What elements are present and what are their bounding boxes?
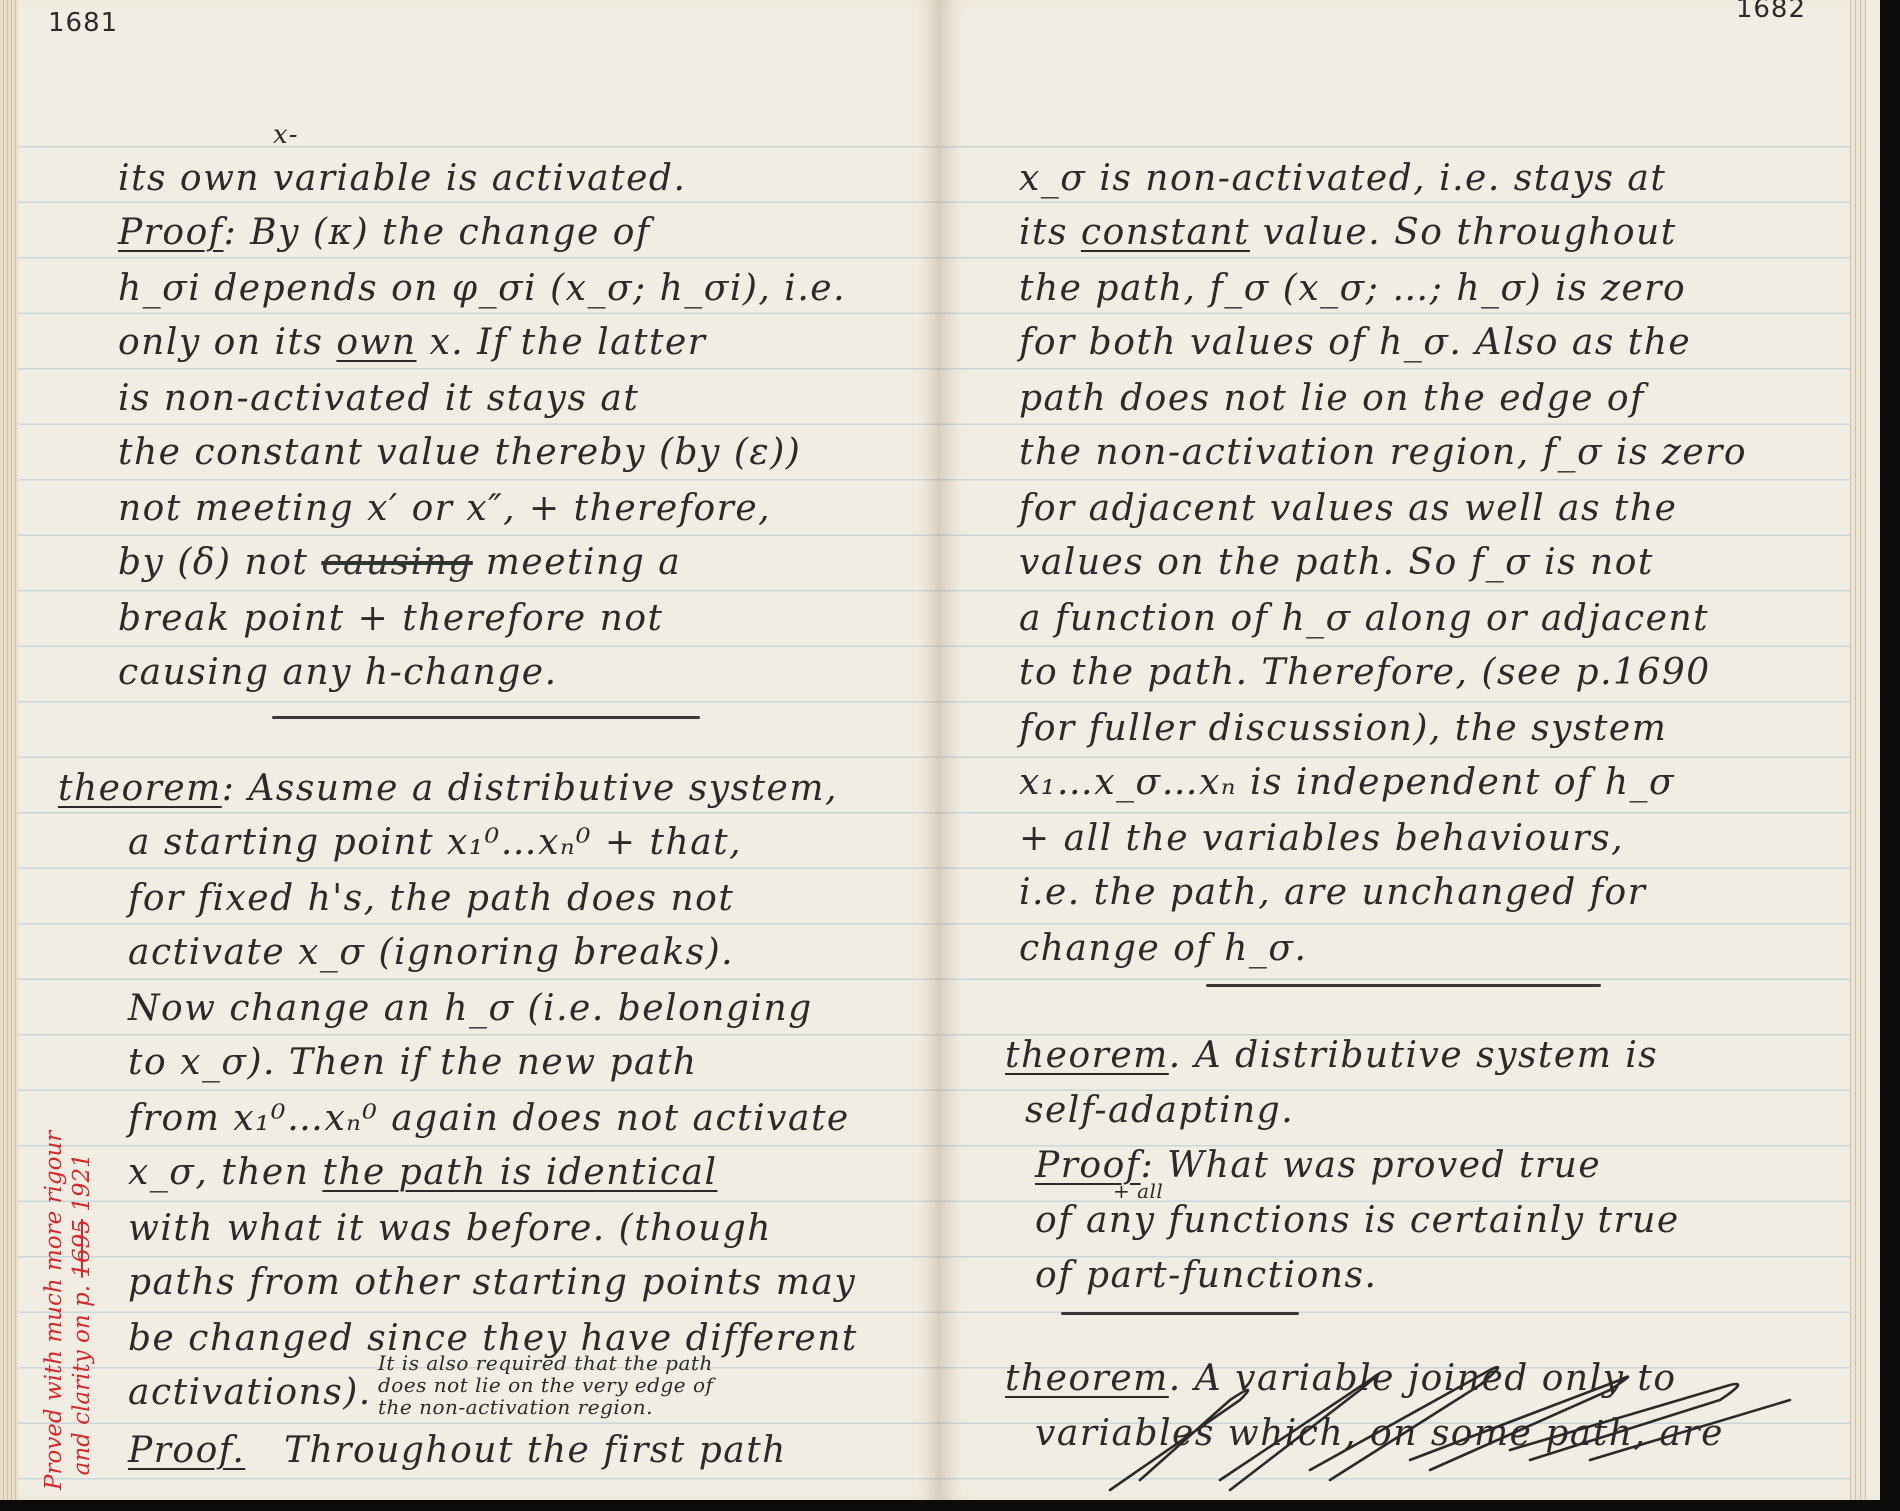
r-line-6: the non-activation region, f_σ is zero (1019, 432, 1747, 473)
theorem-1-line-2: a starting point x₁⁰…xₙ⁰ + that, (128, 822, 742, 863)
r-line-1: x_σ is non-activated, i.e. stays at (1019, 158, 1666, 199)
theorem-1-line-1: theorem: Assume a distributive system, (58, 768, 838, 809)
page-number-left: 1681 (48, 8, 118, 38)
theorem-3-line-2: variables which, on some path, are (1035, 1413, 1724, 1454)
theorem-3-line-1: theorem. A variable joined only to (1005, 1358, 1677, 1399)
r-line-14: i.e. the path, are unchanged for (1019, 872, 1646, 913)
theorem-1-line-8: x_σ, then the path is identical (128, 1152, 717, 1193)
r-line-4: for both values of h_σ. Also as the (1019, 322, 1691, 363)
theorem-2-line-2: self-adapting. (1025, 1090, 1294, 1131)
line-6: the constant value thereby (by (ε)) (118, 432, 801, 473)
theorem-1-line-4: activate x_σ (ignoring breaks). (128, 932, 734, 973)
theorem-1-line-3: for fixed h's, the path does not (128, 878, 734, 919)
line-3: h_σi depends on φ_σi (x_σ; h_σi), i.e. (118, 268, 846, 309)
theorem-2-line-5: of part-functions. (1035, 1255, 1377, 1296)
line-9: break point + therefore not (118, 598, 663, 639)
r-line-10: to the path. Therefore, (see p.1690 (1019, 652, 1711, 693)
theorem-2-line-1: theorem. A distributive system is (1005, 1035, 1658, 1076)
red-margin-annotation: Proved with much more rigour and clarity… (40, 1131, 96, 1490)
line-4: only on its own x. If the latter (118, 322, 707, 363)
r-line-12: x₁…x_σ…xₙ is independent of h_σ (1019, 762, 1675, 803)
line-7: not meeting x′ or x″, + therefore, (118, 488, 771, 529)
theorem-2-line-4: of any functions is certainly true (1035, 1200, 1680, 1241)
background-edge (0, 1500, 1900, 1511)
r-line-2: its constant value. So throughout (1019, 212, 1677, 253)
right-page: 1682 x_σ is non-activated, i.e. stays at… (941, 0, 1866, 1500)
struck-word: causing (321, 542, 473, 583)
background-edge (1880, 0, 1900, 1511)
line-8: by (δ) not causing meeting a (118, 542, 681, 583)
theorem-label: theorem (1005, 1035, 1169, 1076)
theorem-1-line-9: with what it was before. (though (128, 1208, 772, 1249)
insert-x: x- (273, 120, 299, 150)
page-edges (0, 0, 18, 1500)
r-line-5: path does not lie on the edge of (1019, 378, 1645, 419)
page-edges (1850, 0, 1866, 1500)
r-line-11: for fuller discussion), the system (1019, 708, 1667, 749)
left-page: 1681 its own x-variable is activated. Pr… (0, 0, 941, 1500)
notebook-spread: 1681 its own x-variable is activated. Pr… (0, 0, 1880, 1500)
r-line-13: + all the variables behaviours, (1019, 818, 1624, 859)
section-divider (272, 716, 700, 719)
line-1: its own x-variable is activated. (118, 158, 686, 199)
theorem-1-line-7: from x₁⁰…xₙ⁰ again does not activate (128, 1098, 850, 1139)
theorem-1-line-10: paths from other starting points may (128, 1262, 856, 1303)
page-number-right: 1682 (1736, 0, 1806, 24)
section-divider (1206, 984, 1601, 987)
proof-line: Proof. Throughout the first path (128, 1430, 787, 1471)
theorem-1-line-12: activations). (128, 1372, 372, 1413)
inserted-note: It is also required that the path does n… (378, 1352, 713, 1418)
r-line-3: the path, f_σ (x_σ; …; h_σ) is zero (1019, 268, 1686, 309)
proof-label: Proof. (128, 1430, 245, 1471)
theorem-label: theorem (1005, 1358, 1169, 1399)
insert-all: + all (1113, 1180, 1163, 1202)
r-line-9: a function of h_σ along or adjacent (1019, 598, 1709, 639)
proof-label: Proof (118, 212, 224, 253)
theorem-1-line-5: Now change an h_σ (i.e. belonging (128, 988, 813, 1029)
line-10: causing any h-change. (118, 652, 558, 693)
r-line-8: values on the path. So f_σ is not (1019, 542, 1654, 583)
line-2: Proof: By (κ) the change of (118, 212, 651, 253)
section-divider (1061, 1312, 1299, 1315)
theorem-label: theorem (58, 768, 222, 809)
line-5: is non-activated it stays at (118, 378, 639, 419)
r-line-7: for adjacent values as well as the (1019, 488, 1677, 529)
theorem-1-line-6: to x_σ). Then if the new path (128, 1042, 698, 1083)
r-line-15: change of h_σ. (1019, 928, 1307, 969)
